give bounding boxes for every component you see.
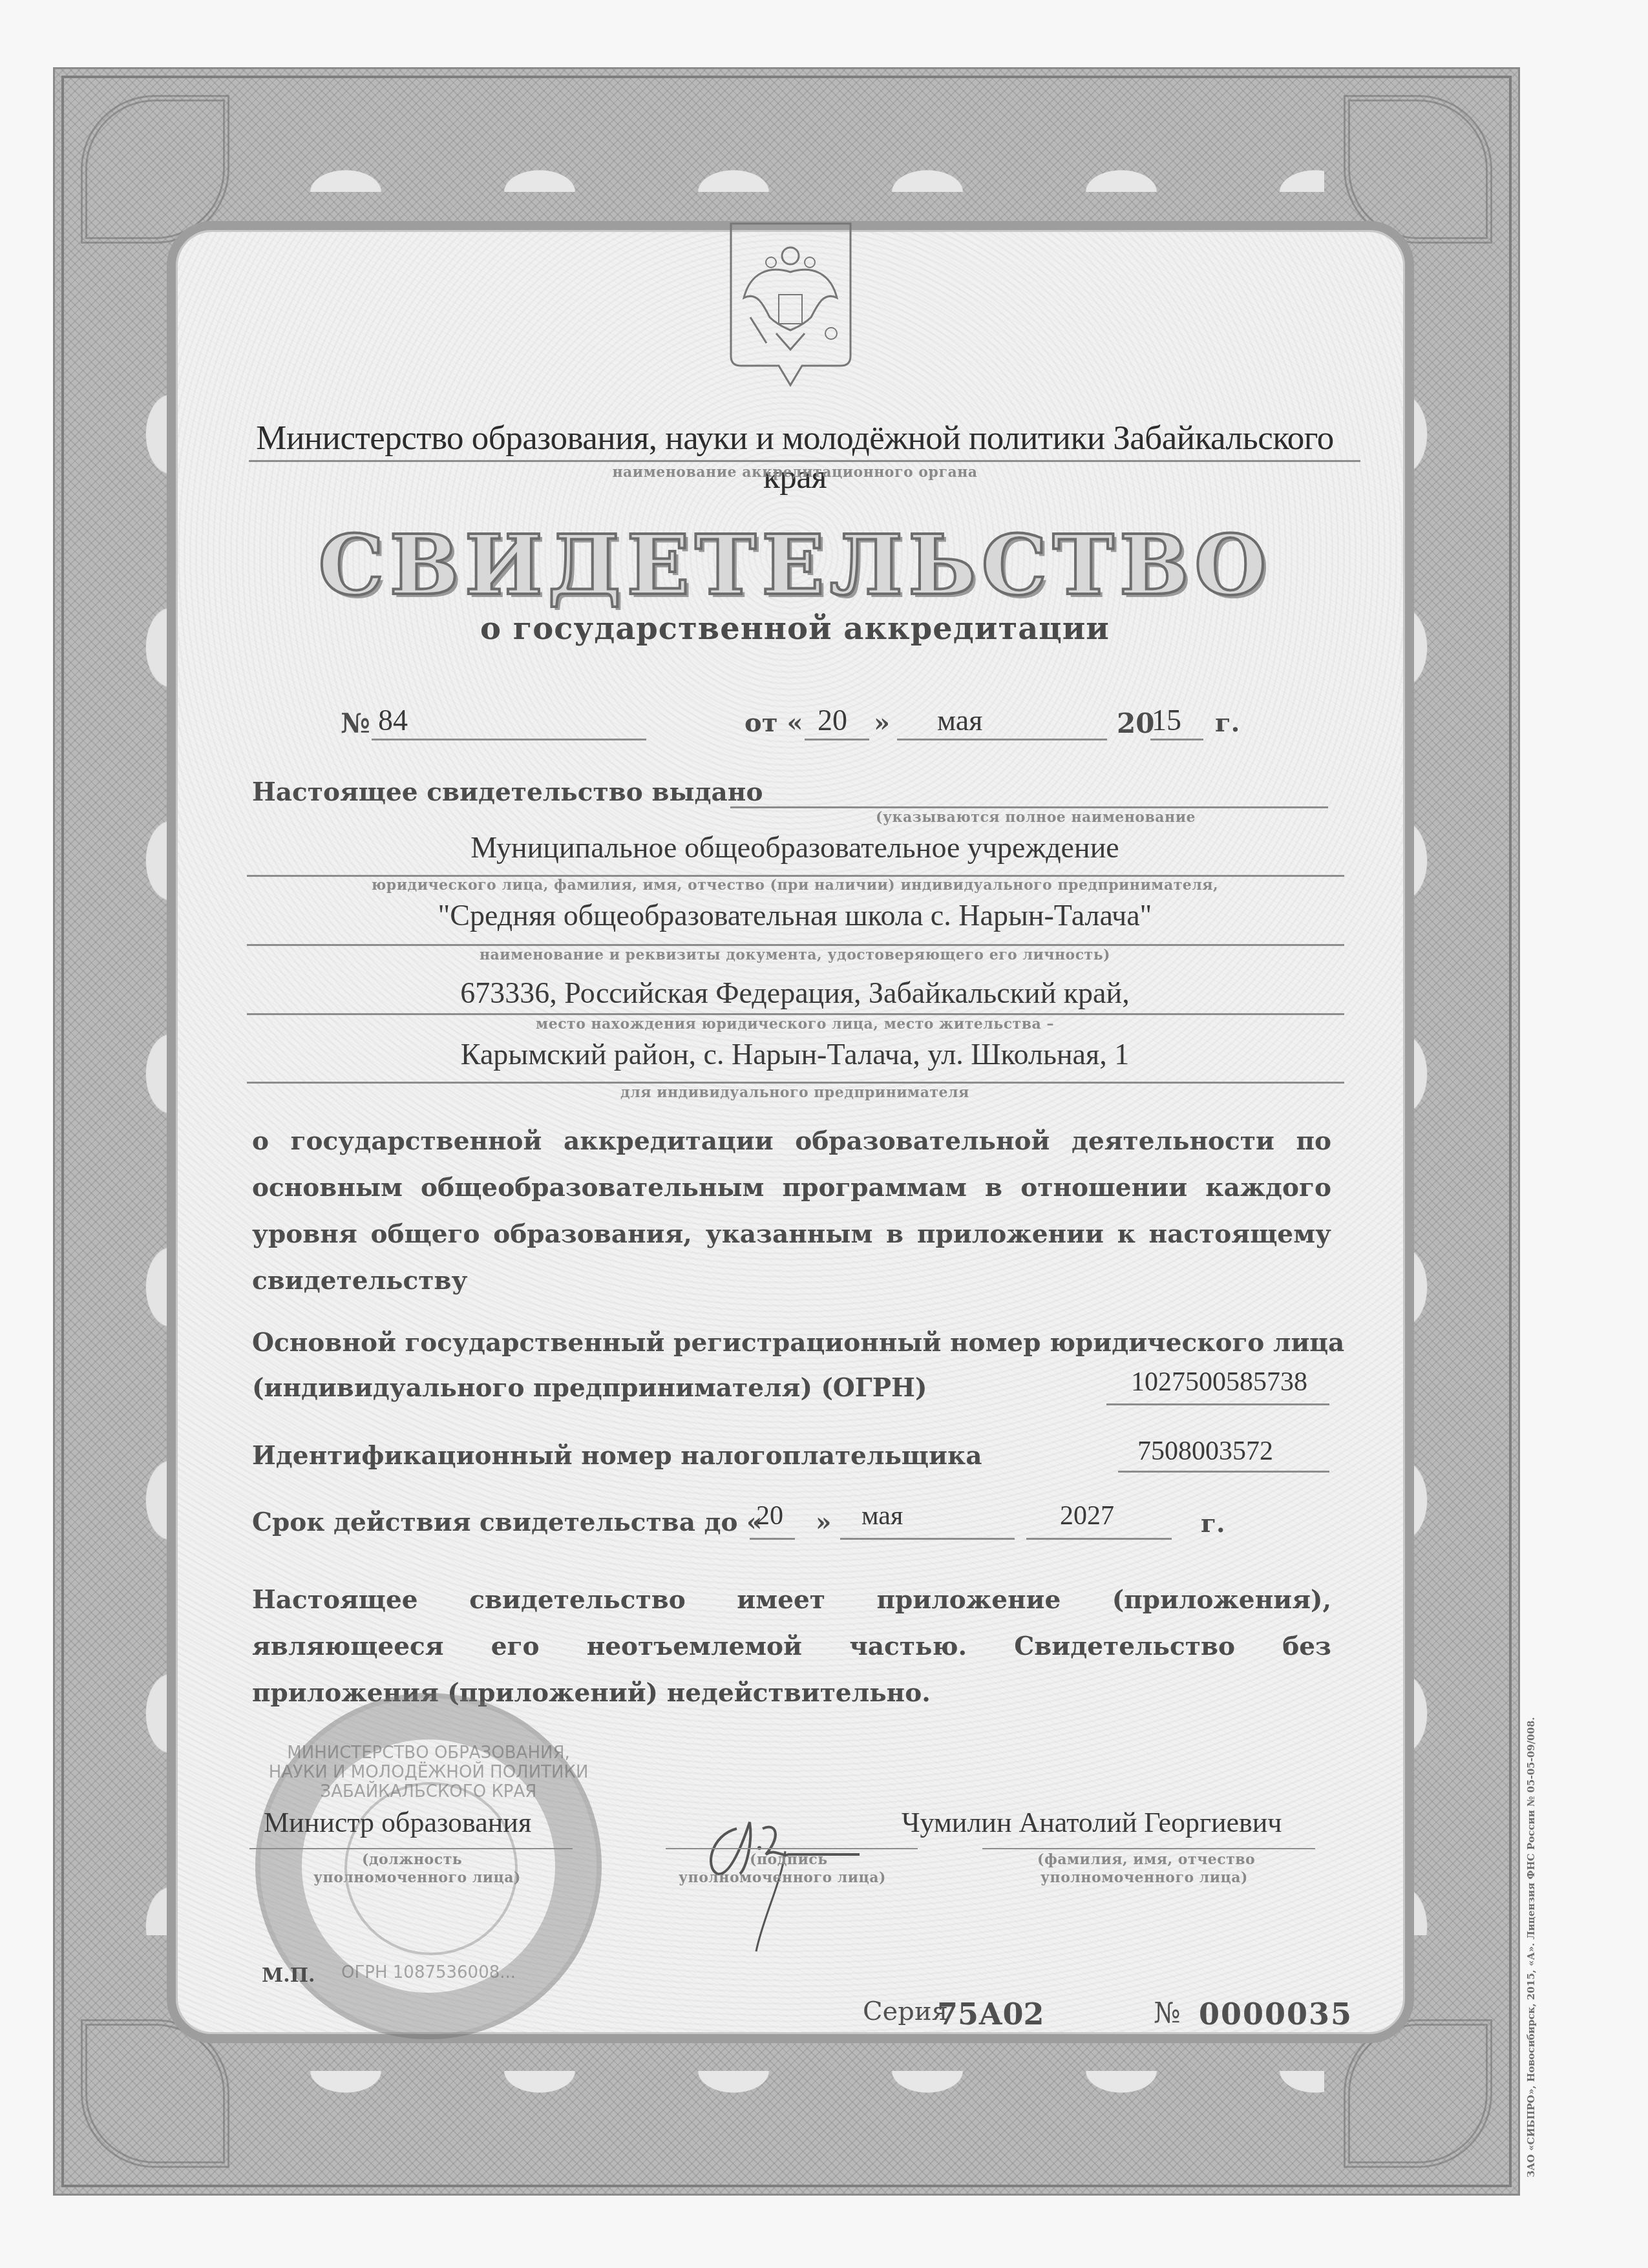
valid-year-unit: г. (1201, 1509, 1225, 1538)
issue-month: мая (937, 703, 982, 737)
divider (897, 739, 1107, 740)
blank-number: 0000035 (1199, 1997, 1353, 2032)
caption-identity-doc: наименование и реквизиты документа, удос… (246, 947, 1344, 963)
caption-entrepreneur: для индивидуального предпринимателя (246, 1084, 1344, 1101)
caption-legal-entity: юридического лица, фамилия, имя, отчеств… (246, 877, 1344, 894)
caption-position-2: уполномоченного лица) (313, 1869, 521, 1886)
divider (247, 944, 1344, 946)
valid-until-label: Срок действия свидетельства до « (252, 1507, 762, 1537)
caption-name-2: уполномоченного лица) (1041, 1869, 1248, 1886)
caption-signature-2: уполномоченного лица) (679, 1869, 886, 1886)
authority-caption: наименование аккредитационного органа (246, 464, 1344, 481)
holder-name-line1: Муниципальное общеобразовательное учрежд… (246, 830, 1344, 865)
printer-note: ЗАО «СИБПРО», Новосибирск, 2015, «А». Ли… (1525, 1717, 1537, 2178)
issue-year-prefix: 20 (1117, 708, 1154, 739)
caption-position-1: (должность (362, 1851, 462, 1868)
address-line1: 673336, Российская Федерация, Забайкальс… (246, 976, 1344, 1010)
ogrn-label-line1: Основной государственный регистрационный… (252, 1328, 1344, 1358)
caption-location: место нахождения юридического лица, мест… (246, 1016, 1344, 1033)
stamp-place-label: М.П. (262, 1964, 315, 1987)
issue-year: 15 (1152, 703, 1181, 737)
valid-month: мая (861, 1500, 903, 1531)
divider (730, 806, 1328, 808)
divider (372, 739, 646, 740)
divider (1150, 739, 1203, 740)
date-quote: » (874, 708, 890, 738)
divider (805, 739, 869, 740)
divider (247, 1082, 1344, 1084)
border-guilloche-left (81, 328, 171, 1935)
document-subtitle: о государственной аккредитации (246, 611, 1344, 647)
border-guilloche-top (249, 114, 1324, 192)
divider (750, 1538, 795, 1540)
accreditation-authority: Министерство образования, науки и молодё… (246, 419, 1344, 496)
series-value: 75А02 (937, 1997, 1044, 2032)
valid-year: 2027 (1060, 1500, 1114, 1531)
divider (249, 1848, 573, 1849)
blank-number-prefix: № (1154, 1997, 1181, 2030)
divider (1118, 1471, 1329, 1473)
signer-position: Министр образования (264, 1806, 531, 1839)
date-prefix: от « (745, 708, 803, 738)
caption-signature-1: (подпись (750, 1851, 828, 1868)
address-line2: Карымский район, с. Нарын-Талача, ул. Шк… (246, 1037, 1344, 1071)
signer-name: Чумилин Анатолий Георгиевич (902, 1806, 1282, 1839)
ogrn-label-line2: (индивидуального предпринимателя) (ОГРН) (252, 1373, 927, 1403)
valid-quote: » (816, 1507, 831, 1537)
divider (840, 1538, 1015, 1540)
document-title: СВИДЕТЕЛЬСТВО (246, 517, 1344, 614)
issued-to-label: Настоящее свидетельство выдано (252, 777, 763, 807)
inn-label: Идентификационный номер налогоплательщик… (252, 1441, 982, 1471)
accreditation-text: о государственной аккредитации образоват… (252, 1118, 1331, 1304)
divider (1106, 1403, 1329, 1405)
divider (249, 460, 1360, 462)
ogrn-value: 1027500585738 (1131, 1367, 1307, 1398)
certificate-number: 84 (378, 703, 408, 737)
caption-name-1: (фамилия, имя, отчество (1037, 1851, 1255, 1868)
series-label: Серия (863, 1997, 948, 2026)
valid-day: 20 (756, 1500, 783, 1531)
inn-value: 7508003572 (1137, 1436, 1273, 1467)
holder-name-line2: "Средняя общеобразовательная школа с. На… (246, 898, 1344, 932)
divider (247, 1013, 1344, 1015)
year-unit: г. (1215, 708, 1240, 738)
coat-of-arms-icon (724, 220, 857, 388)
divider (666, 1848, 918, 1849)
number-prefix: № (341, 708, 370, 739)
divider (982, 1848, 1315, 1849)
divider (1026, 1538, 1172, 1540)
caption-full-name: (указываются полное наименование (876, 809, 1196, 826)
border-guilloche-bottom (249, 2071, 1324, 2148)
issue-day: 20 (818, 703, 847, 737)
border-guilloche-right (1402, 328, 1492, 1935)
